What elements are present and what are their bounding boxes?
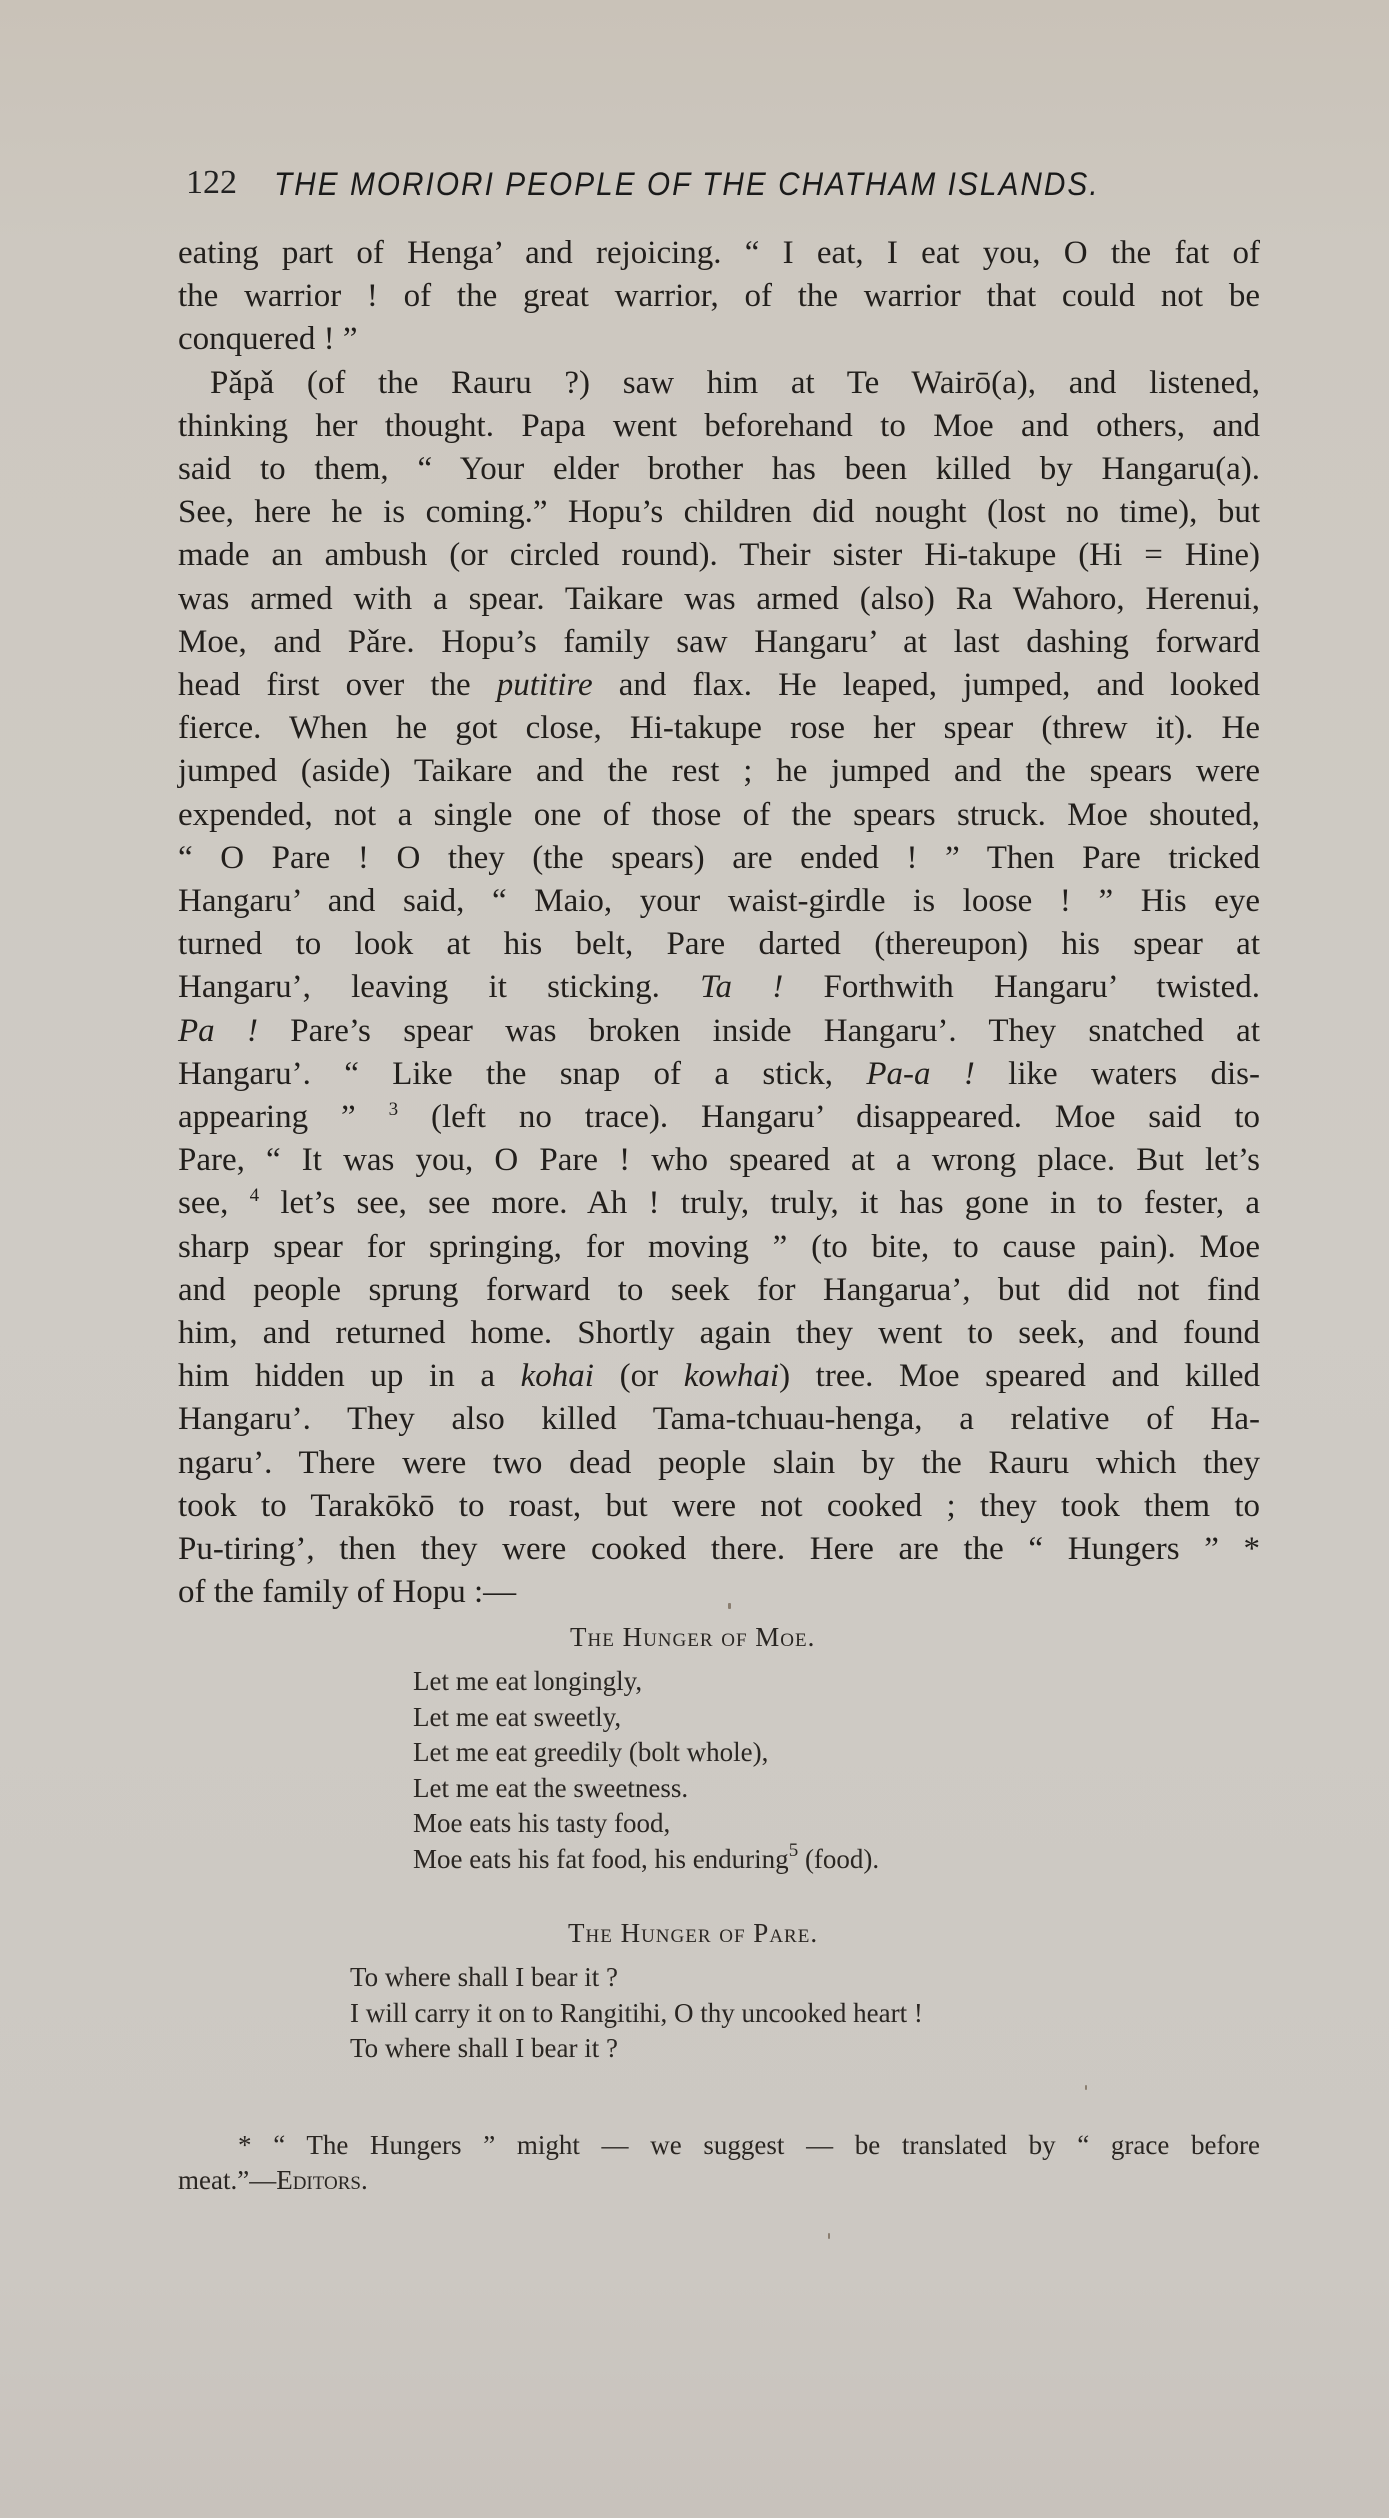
text-line: See, here he is coming.” Hopu’s children… (178, 491, 1260, 534)
verse-line: Moe eats his fat food, his enduring5 (fo… (413, 1842, 879, 1878)
footnote-attribution: Editors. (276, 2165, 368, 2195)
verse-line: Let me eat longingly, (413, 1664, 879, 1700)
text-line: expended, not a single one of those of t… (178, 794, 1260, 837)
text-line: ngaru’. There were two dead people slain… (178, 1442, 1260, 1485)
text-line: and people sprung forward to seek for Ha… (178, 1269, 1260, 1312)
footnote: * “ The Hungers ” might — we suggest — b… (178, 2128, 1260, 2198)
poem-pare: To where shall I bear it ?I will carry i… (350, 1960, 923, 2067)
text-line: “ O Pare ! O they (the spears) are ended… (178, 837, 1260, 880)
text-line: him, and returned home. Shortly again th… (178, 1312, 1260, 1355)
poem-moe: Let me eat longingly,Let me eat sweetly,… (413, 1664, 879, 1877)
text-line: see, 4 let’s see, see more. Ah ! truly, … (178, 1182, 1260, 1225)
text-line: thinking her thought. Papa went beforeha… (178, 405, 1260, 448)
text-line: took to Tarakōkō to roast, but were not … (178, 1485, 1260, 1528)
verse-line: To where shall I bear it ? (350, 1960, 923, 1996)
paper-speck (1085, 2085, 1087, 2090)
text-line: the warrior ! of the great warrior, of t… (178, 275, 1260, 318)
paper-speck (728, 1603, 731, 1609)
footnote-text-line2: meat.”— (178, 2165, 276, 2195)
text-line: Moe, and Pǎre. Hopu’s family saw Hangaru… (178, 621, 1260, 664)
text-line: made an ambush (or circled round). Their… (178, 534, 1260, 577)
footnote-text: “ The Hungers ” might — we suggest — be … (273, 2130, 1260, 2160)
verse-line: Let me eat greedily (bolt whole), (413, 1735, 879, 1771)
poem-title-pare: The Hunger of Pare. (568, 1918, 818, 1949)
paper-speck (828, 2233, 830, 2239)
verse-line: I will carry it on to Rangitihi, O thy u… (350, 1996, 923, 2032)
running-title: THE MORIORI PEOPLE OF THE CHATHAM ISLAND… (274, 166, 1100, 203)
text-line: sharp spear for springing, for moving ” … (178, 1226, 1260, 1269)
text-line: conquered ! ” (178, 318, 1260, 361)
text-line: appearing ” 3 (left no trace). Hangaru’ … (178, 1096, 1260, 1139)
verse-line: Moe eats his tasty food, (413, 1806, 879, 1842)
text-line: turned to look at his belt, Pare darted … (178, 923, 1260, 966)
running-head: 122 THE MORIORI PEOPLE OF THE CHATHAM IS… (178, 150, 1260, 210)
poem-title-moe: The Hunger of Moe. (570, 1622, 815, 1653)
text-line: head first over the putitire and flax. H… (178, 664, 1260, 707)
text-line: Hangaru’, leaving it sticking. Ta ! Fort… (178, 966, 1260, 1009)
verse-line: Let me eat sweetly, (413, 1700, 879, 1736)
text-line: Pare, “ It was you, O Pare ! who speared… (178, 1139, 1260, 1182)
text-line: jumped (aside) Taikare and the rest ; he… (178, 750, 1260, 793)
text-line: fierce. When he got close, Hi-takupe ros… (178, 707, 1260, 750)
text-line: Pu-tiring’, then they were cooked there.… (178, 1528, 1260, 1571)
verse-line: Let me eat the sweetness. (413, 1771, 879, 1807)
verse-line: To where shall I bear it ? (350, 2031, 923, 2067)
footnote-marker: * (238, 2130, 252, 2160)
text-line: him hidden up in a kohai (or kowhai) tre… (178, 1355, 1260, 1398)
body-text: eating part of Henga’ and rejoicing. “ I… (178, 232, 1260, 1615)
text-line: of the family of Hopu :— (178, 1571, 1260, 1614)
text-line: said to them, “ Your elder brother has b… (178, 448, 1260, 491)
text-line: was armed with a spear. Taikare was arme… (178, 578, 1260, 621)
text-line: Hangaru’. “ Like the snap of a stick, Pa… (178, 1053, 1260, 1096)
text-line: Hangaru’ and said, “ Maio, your waist-gi… (178, 880, 1260, 923)
text-line: Pǎpǎ (of the Rauru ?) saw him at Te Wair… (178, 362, 1260, 405)
text-line: Hangaru’. They also killed Tama-tchuau-h… (178, 1398, 1260, 1441)
text-line: Pa ! Pare’s spear was broken inside Hang… (178, 1010, 1260, 1053)
page-number: 122 (186, 164, 237, 202)
text-line: eating part of Henga’ and rejoicing. “ I… (178, 232, 1260, 275)
